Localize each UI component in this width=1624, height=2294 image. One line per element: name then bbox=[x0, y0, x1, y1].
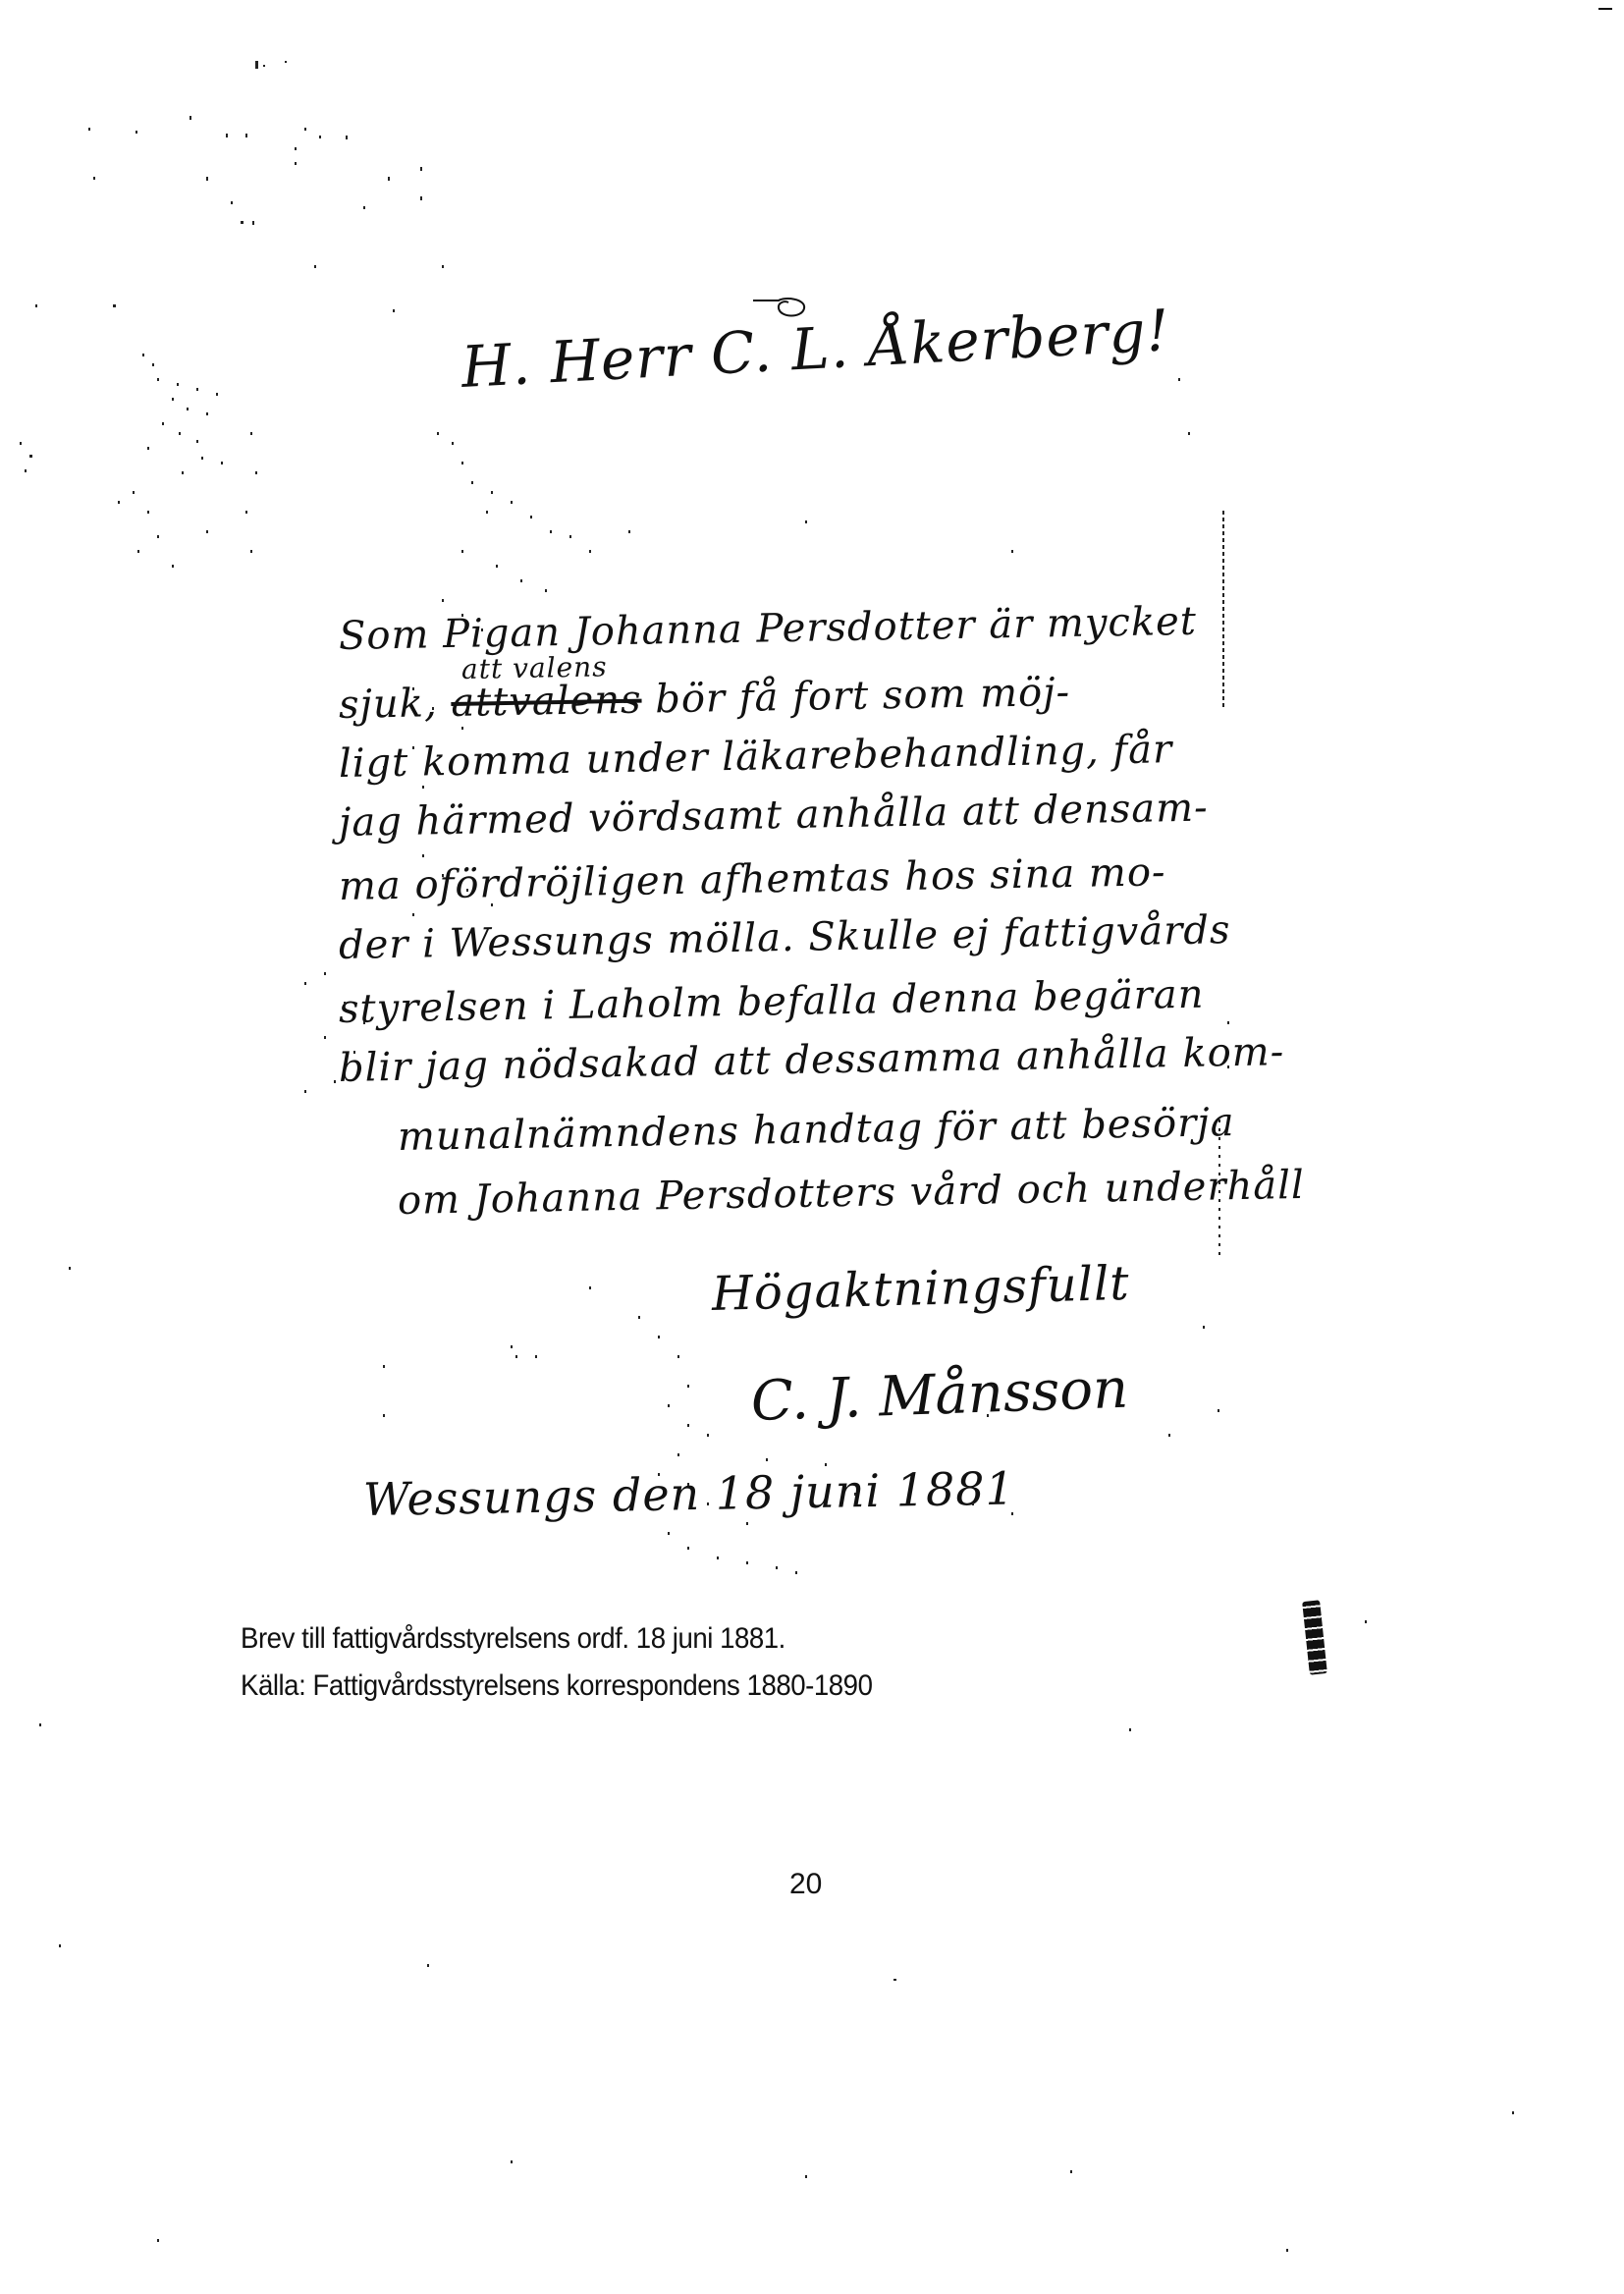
letter-line-8: blir jag nödsakad att dessamma anhålla k… bbox=[339, 1029, 1285, 1091]
struck-word: attvalens bbox=[451, 678, 642, 726]
document-page: H. Herr C. L. Åkerberg! Som Pigan Johann… bbox=[0, 0, 1624, 2294]
page-number: 20 bbox=[789, 1868, 822, 1901]
scan-edge-line bbox=[1222, 511, 1224, 707]
letter-signature: C. J. Månsson bbox=[750, 1357, 1129, 1434]
letter-line-6: der i Wessungs mölla. Skulle ej fattigvå… bbox=[339, 907, 1231, 968]
letter-closing: Högaktningsfullt bbox=[711, 1256, 1130, 1322]
letter-line-2: sjuk, attvalens bör få fort som möj- bbox=[339, 670, 1071, 728]
scan-edge-line-lower bbox=[1218, 1120, 1220, 1257]
scan-edge-mark bbox=[1598, 8, 1612, 10]
letter-date-line: Wessungs den 18 juni 1881 bbox=[363, 1461, 1016, 1526]
letter-line-2-end: bör få fort som möj- bbox=[655, 670, 1071, 722]
letter-line-9: munalnämndens handtag för att besörja bbox=[398, 1100, 1235, 1160]
letter-line-1: Som Pigan Johanna Persdotter är mycket bbox=[339, 599, 1198, 659]
letter-line-4: jag härmed vördsamt anhålla att densam- bbox=[339, 786, 1209, 846]
caption-source: Källa: Fattigvårdsstyrelsens korresponde… bbox=[241, 1669, 872, 1703]
letter-line-7: styrelsen i Laholm befalla denna begäran bbox=[339, 972, 1205, 1032]
letter-salutation: H. Herr C. L. Åkerberg! bbox=[460, 297, 1171, 401]
letter-line-3: ligt komma under läkarebehandling, får bbox=[339, 727, 1173, 787]
letter-line-10: om Johanna Persdotters vård och underhål… bbox=[398, 1163, 1305, 1224]
letter-line-2-start: sjuk, bbox=[339, 681, 438, 728]
letter-line-5: ma ofördröjligen afhemtas hos sina mo- bbox=[339, 849, 1166, 909]
archive-stamp-mark bbox=[1302, 1600, 1327, 1674]
caption-title: Brev till fattigvårdsstyrelsens ordf. 18… bbox=[241, 1622, 785, 1656]
